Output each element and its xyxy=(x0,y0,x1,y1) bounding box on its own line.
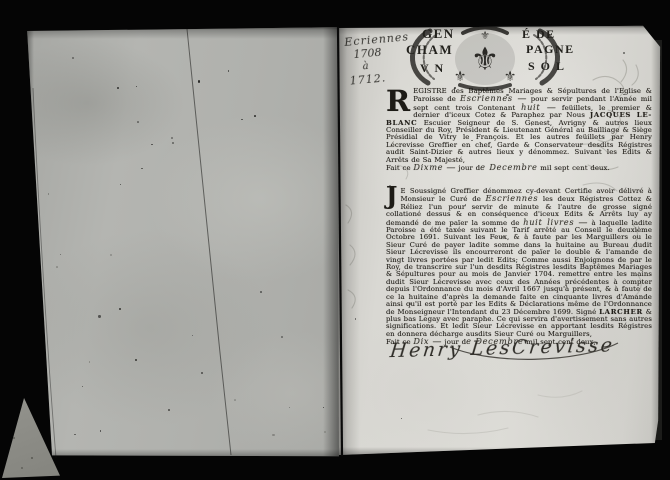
dropcap-j: J xyxy=(386,188,397,204)
printed-text: Fait ce xyxy=(386,164,413,172)
stamp-text-vn: V N xyxy=(420,62,445,75)
greffier-certificate-paragraph: JE Soussigné Greffier dénommez cy-devant… xyxy=(386,188,652,347)
paper-speck xyxy=(117,87,119,89)
printed-text: à laquelle ladite Paroisse a été taxée s… xyxy=(386,219,652,316)
register-heading-paragraph: REGISTRE des Baptêmes Mariages & Sépultu… xyxy=(386,88,652,172)
tax-stamp-generalite-champagne: ⚜ ⚜ ⚜ ⚜ GEN É DE CHAM PAGNE V N S O L xyxy=(400,25,570,95)
paragraph1-text: EGISTRE des Baptêmes Mariages & Sépultur… xyxy=(386,87,652,172)
paper-speck xyxy=(324,431,326,433)
paper-speck xyxy=(136,86,137,87)
stamp-text-pagne: PAGNE xyxy=(526,43,575,56)
printed-text: Escuier Seigneur de S. Genest, Avrigny &… xyxy=(386,119,652,164)
paper-speck xyxy=(389,185,391,187)
paper-speck xyxy=(234,399,236,401)
paper-speck xyxy=(198,80,200,82)
stamp-text-sol: S O L xyxy=(528,60,566,73)
paper-speck xyxy=(137,121,139,123)
paper-speck xyxy=(98,315,100,317)
stamp-text-cham: CHAM xyxy=(406,43,453,56)
handwritten-fill-in: e Decembre xyxy=(480,162,537,172)
paper-speck xyxy=(454,87,455,88)
paper-speck xyxy=(168,409,170,411)
register-book-scan: Ecriennes 1708 à 1712. ⚜ ⚜ ⚜ ⚜ xyxy=(0,0,670,480)
paper-speck xyxy=(502,236,504,238)
right-page-document: Ecriennes 1708 à 1712. ⚜ ⚜ ⚜ ⚜ xyxy=(338,25,665,455)
stamp-text-gen: GEN xyxy=(422,27,455,40)
fleur-de-lis-icon: ⚜ xyxy=(504,69,517,85)
paper-speck xyxy=(56,266,58,268)
printed-text: mil sept cent deux. xyxy=(538,164,610,172)
paper-speck xyxy=(172,142,174,144)
paper-speck xyxy=(506,94,508,96)
paper-speck xyxy=(135,359,137,361)
paragraph2-text: E Soussigné Greffier dénommez cy-devant … xyxy=(386,187,652,346)
paper-speck xyxy=(588,198,589,199)
paper-speck xyxy=(74,434,76,436)
printed-text: jour d xyxy=(456,164,480,172)
paper-speck xyxy=(171,137,173,139)
fleur-de-lis-icon: ⚜ xyxy=(454,69,467,85)
fleur-de-lis-icon: ⚜ xyxy=(480,29,490,42)
left-page-blank xyxy=(24,25,339,458)
stamp-text-e-de: É DE xyxy=(522,28,556,41)
paper-speck xyxy=(201,372,203,374)
handwritten-fill-in: Dixme ― xyxy=(413,162,456,172)
fleur-de-lis-icon: ⚜ xyxy=(471,40,500,78)
paper-speck xyxy=(254,115,256,117)
